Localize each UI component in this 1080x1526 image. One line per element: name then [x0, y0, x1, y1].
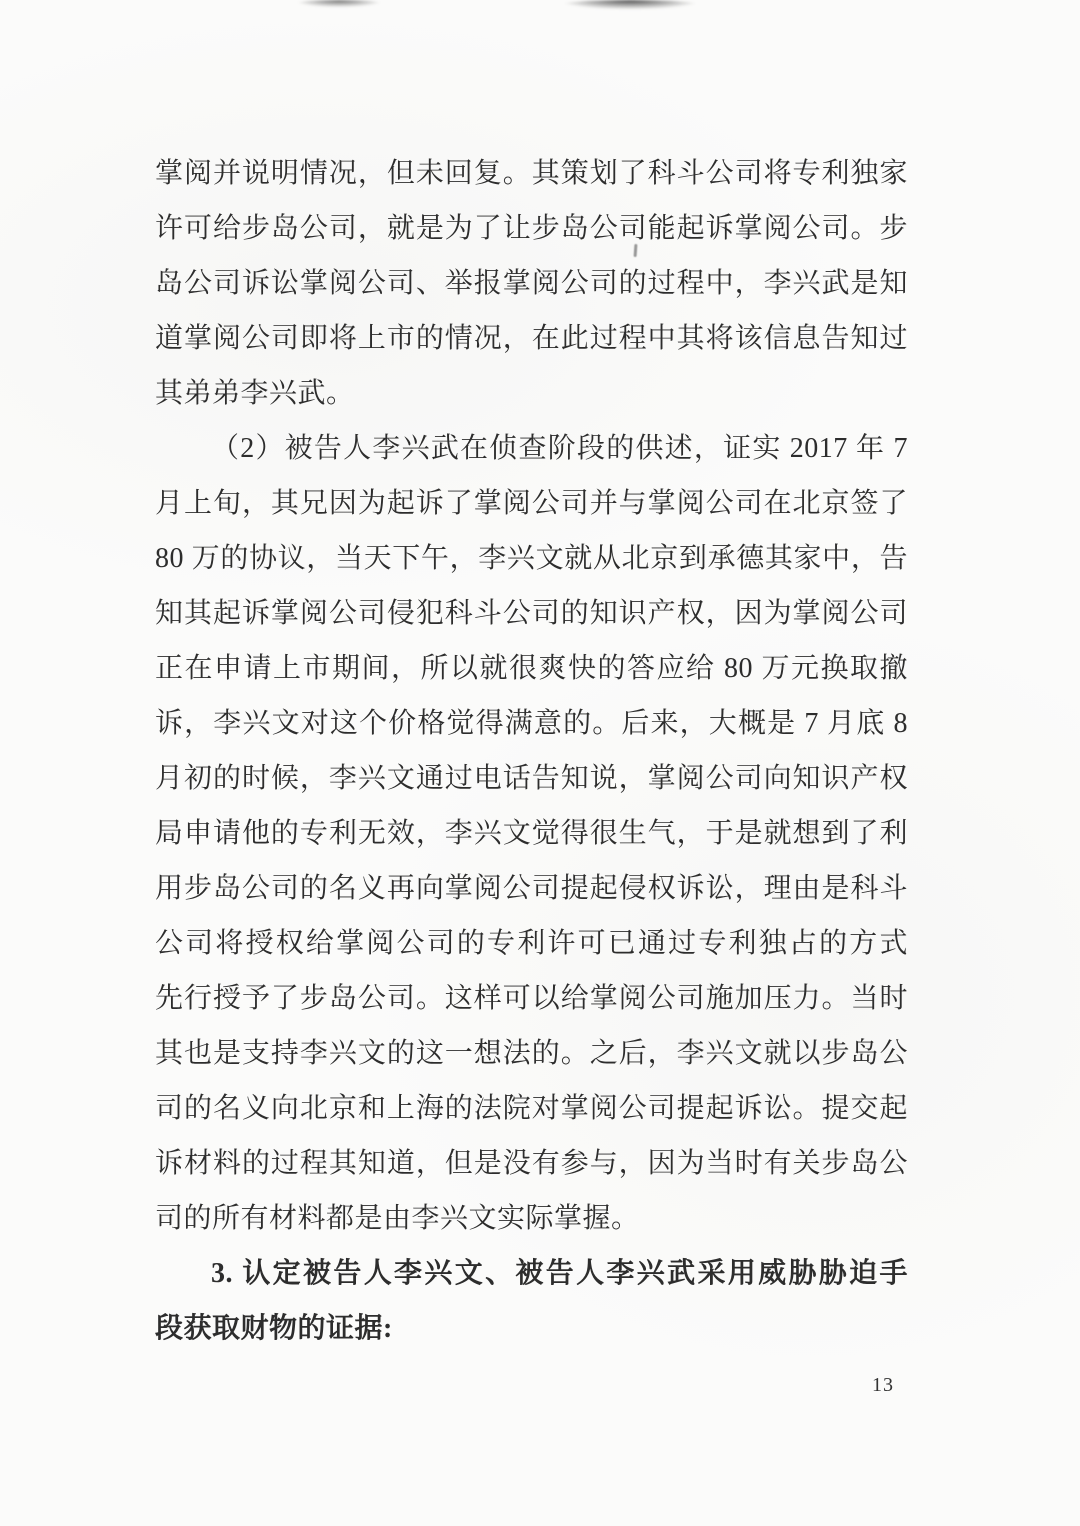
paragraph-continuation: 掌阅并说明情况，但未回复。其策划了科斗公司将专利独家许可给步岛公司，就是为了让步…: [155, 146, 908, 421]
text-line: 道掌阅公司即将上市的情况，在此过程中其将该信息告知过: [155, 311, 908, 366]
text-line: 诉，李兴文对这个价格觉得满意的。后来，大概是 7 月底 8: [155, 696, 908, 751]
document-body: 掌阅并说明情况，但未回复。其策划了科斗公司将专利独家许可给步岛公司，就是为了让步…: [155, 146, 908, 1356]
page-number: 13: [872, 1374, 894, 1397]
text-line: 正在申请上市期间，所以就很爽快的答应给 80 万元换取撤: [155, 641, 908, 696]
text-line: 知其起诉掌阅公司侵犯科斗公司的知识产权，因为掌阅公司: [155, 586, 908, 641]
text-line: 司的所有材料都是由李兴文实际掌握。: [155, 1191, 908, 1246]
text-line: 局申请他的专利无效，李兴文觉得很生气，于是就想到了利: [155, 806, 908, 861]
document-page: 掌阅并说明情况，但未回复。其策划了科斗公司将专利独家许可给步岛公司，就是为了让步…: [0, 0, 1080, 1526]
text-line: 许可给步岛公司，就是为了让步岛公司能起诉掌阅公司。步: [155, 201, 908, 256]
text-line: 先行授予了步岛公司。这样可以给掌阅公司施加压力。当时: [155, 971, 908, 1026]
text-line: 用步岛公司的名义再向掌阅公司提起侵权诉讼，理由是科斗: [155, 861, 908, 916]
text-line: 岛公司诉讼掌阅公司、举报掌阅公司的过程中，李兴武是知: [155, 256, 908, 311]
text-line: （2）被告人李兴武在侦查阶段的供述，证实 2017 年 7: [155, 421, 908, 476]
scan-smudge-left: [296, 0, 382, 7]
text-line: 公司将授权给掌阅公司的专利许可已通过专利独占的方式: [155, 916, 908, 971]
text-line: 80 万的协议，当天下午，李兴文就从北京到承德其家中，告: [155, 531, 908, 586]
text-line: 其弟弟李兴武。: [155, 366, 908, 421]
text-line: 其也是支持李兴文的这一想法的。之后，李兴文就以步岛公: [155, 1026, 908, 1081]
heading-section-3: 3. 认定被告人李兴文、被告人李兴武采用威胁胁迫手段获取财物的证据:: [155, 1246, 908, 1356]
text-line: 月初的时候，李兴文通过电话告知说，掌阅公司向知识产权: [155, 751, 908, 806]
text-line: 诉材料的过程其知道，但是没有参与，因为当时有关步岛公: [155, 1136, 908, 1191]
scan-smudge-right: [562, 0, 698, 9]
text-line: 3. 认定被告人李兴文、被告人李兴武采用威胁胁迫手: [155, 1246, 908, 1301]
text-line: 掌阅并说明情况，但未回复。其策划了科斗公司将专利独家: [155, 146, 908, 201]
text-line: 月上旬，其兄因为起诉了掌阅公司并与掌阅公司在北京签了: [155, 476, 908, 531]
text-line: 段获取财物的证据:: [155, 1301, 908, 1356]
text-line: 司的名义向北京和上海的法院对掌阅公司提起诉讼。提交起: [155, 1081, 908, 1136]
paragraph-testimony-item-2: （2）被告人李兴武在侦查阶段的供述，证实 2017 年 7月上旬，其兄因为起诉了…: [155, 421, 908, 1246]
